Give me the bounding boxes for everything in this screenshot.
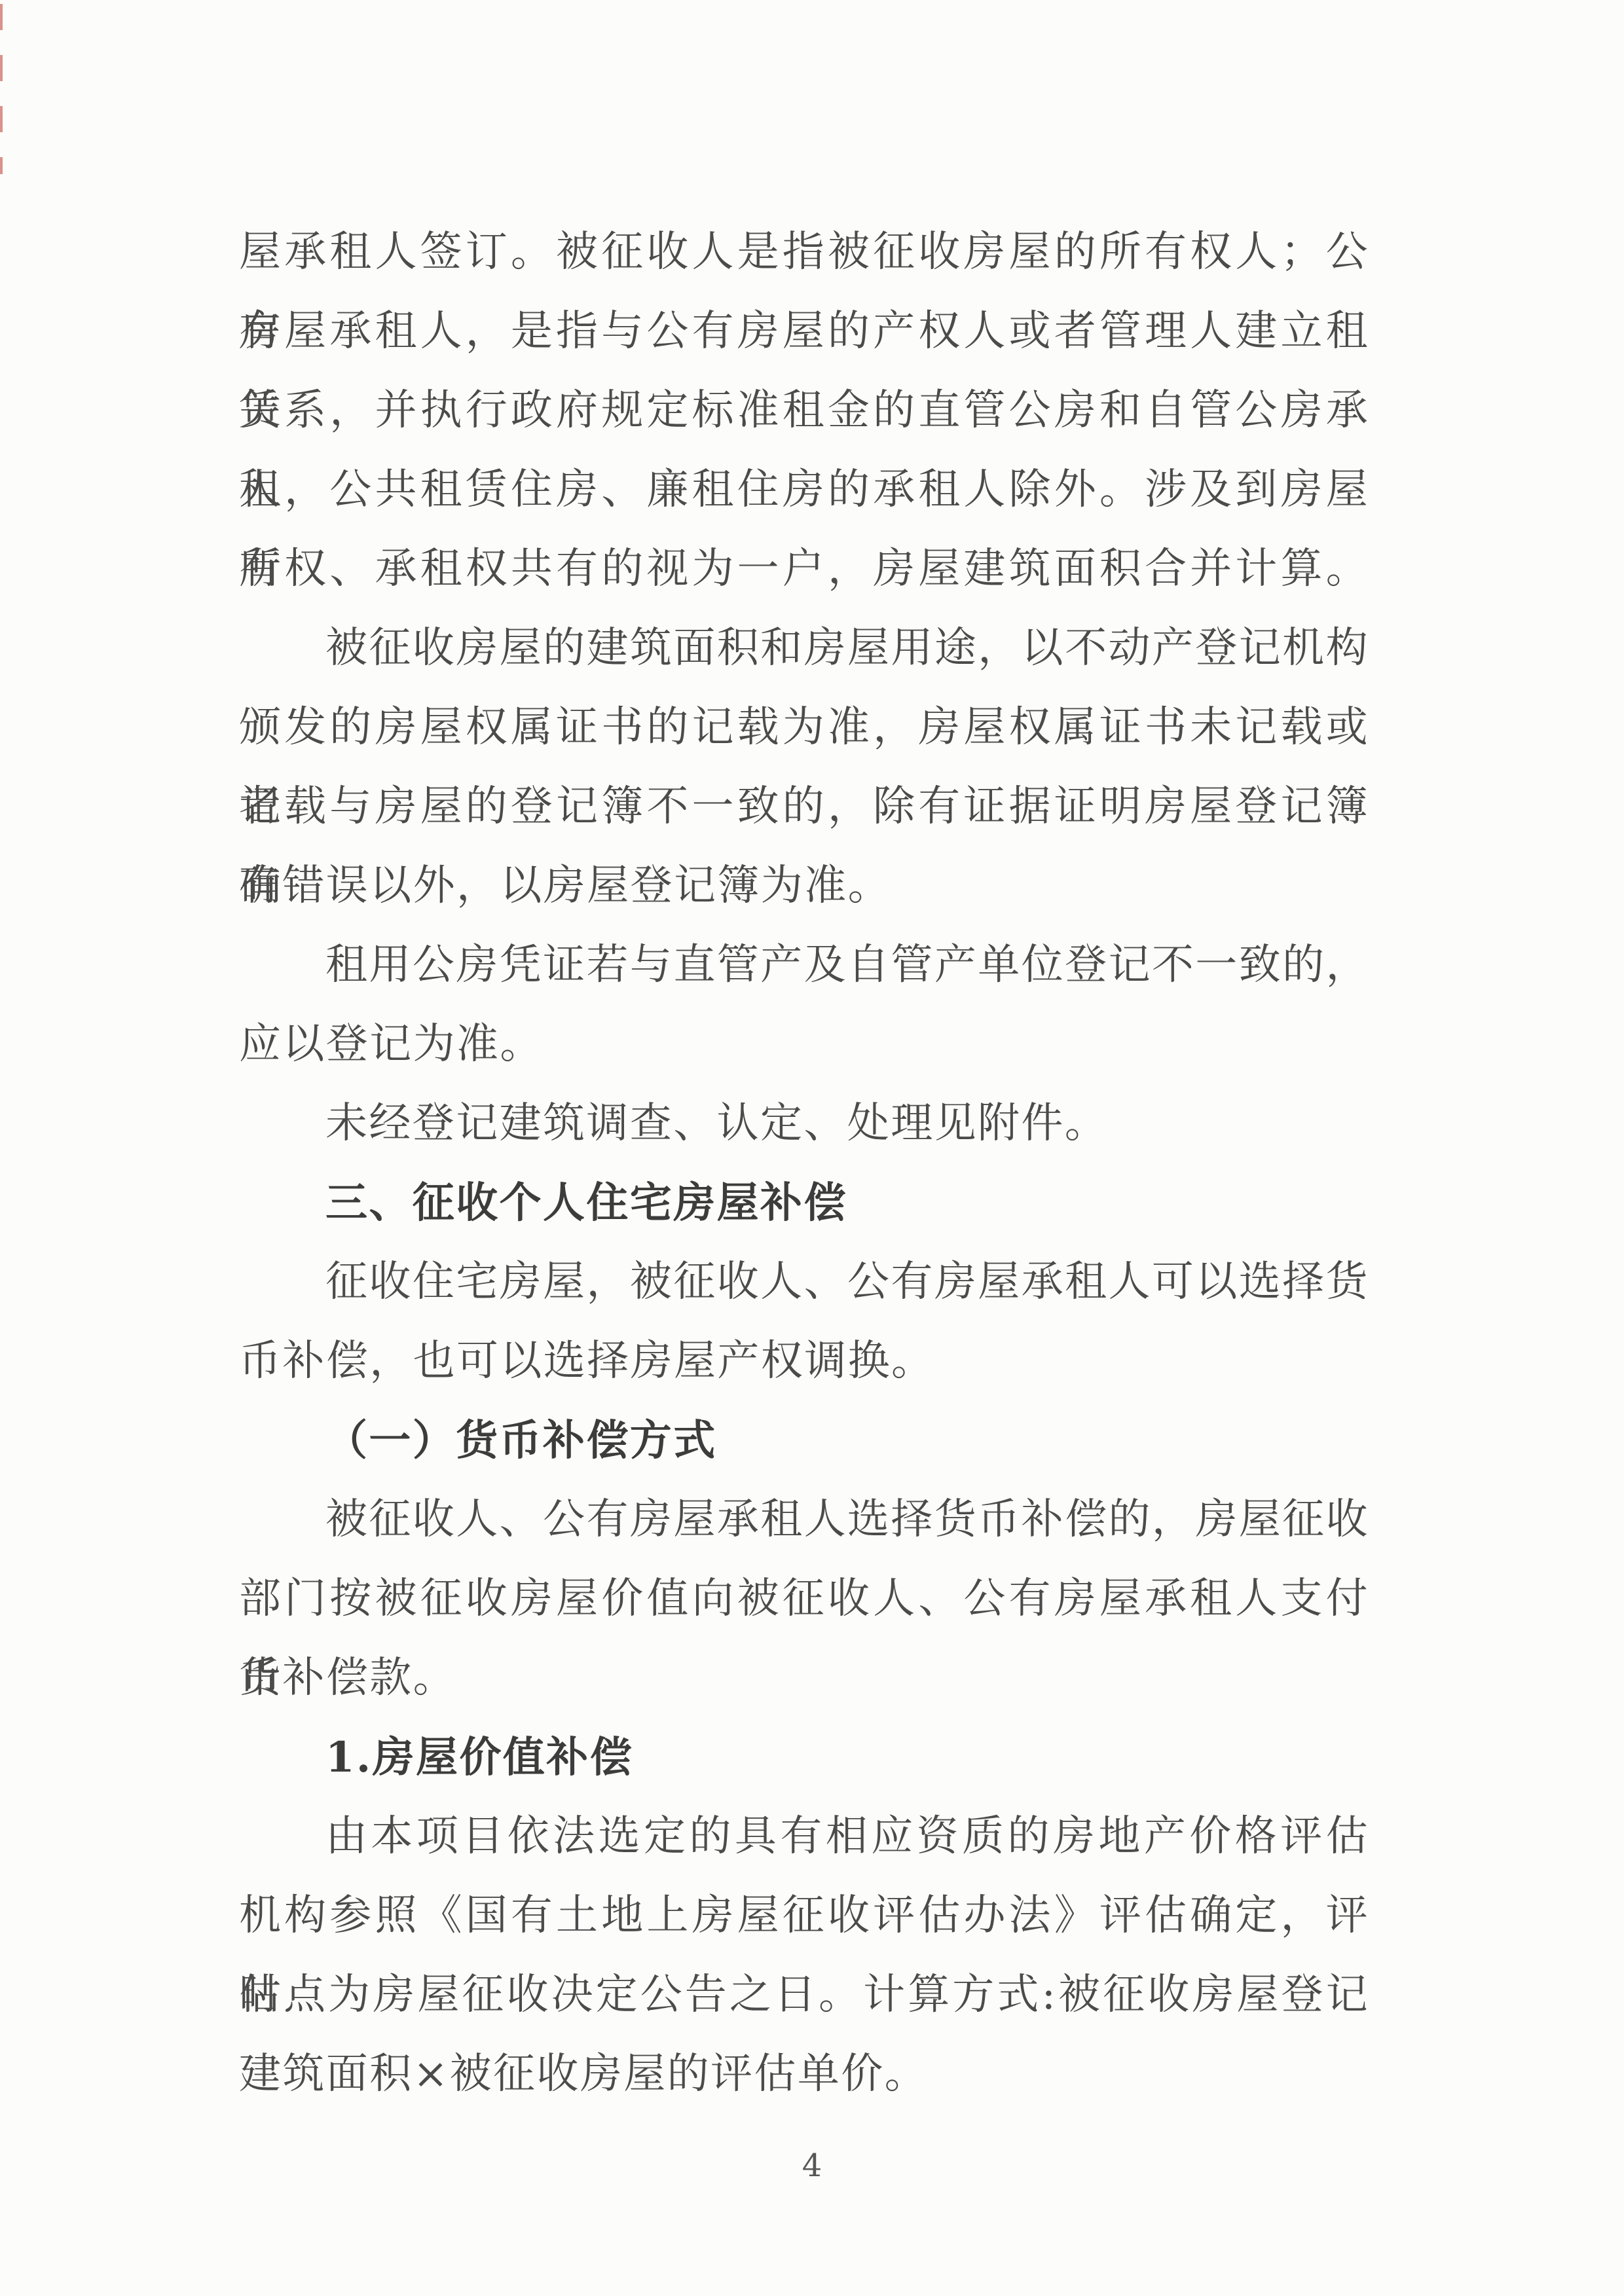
- text-line: 有错误以外，以房屋登记簿为准。: [239, 847, 1369, 926]
- text-line: 建筑面积×被征收房屋的评估单价。: [239, 2035, 1369, 2114]
- text-line-text: 有权、承租权共有的视为一户，房屋建筑面积合并计算。: [239, 545, 1369, 593]
- text-line: 机构参照《国有土地上房屋征收评估办法》评估确定，评估: [239, 1876, 1369, 1956]
- text-line: 关系，并执行政府规定标准租金的直管公房和自管公房承租: [239, 371, 1369, 450]
- text-line-text: 由本项目依法选定的具有相应资质的房地产价格评估: [325, 1812, 1369, 1861]
- document-page: 屋承租人签订。被征收人是指被征收房屋的所有权人；公有房屋承租人，是指与公有房屋的…: [0, 0, 1624, 2296]
- text-line-text: （一）货币补偿方式: [325, 1416, 717, 1465]
- text-line-text: 有错误以外，以房屋登记簿为准。: [239, 862, 891, 910]
- text-line-text: 未经登记建筑调查、认定、处理见附件。: [325, 1099, 1108, 1148]
- text-line: 人，公共租赁住房、廉租住房的承租人除外。涉及到房屋所: [239, 450, 1369, 530]
- text-line-text: 租用公房凭证若与直管产及自管产单位登记不一致的，: [325, 941, 1369, 989]
- page-number: 4: [0, 2147, 1624, 2184]
- text-line: 币补偿，也可以选择房屋产权调换。: [239, 1322, 1369, 1401]
- text-line: 有权、承租权共有的视为一户，房屋建筑面积合并计算。: [239, 530, 1369, 609]
- text-line: 记载与房屋的登记簿不一致的，除有证据证明房屋登记簿确: [239, 767, 1369, 847]
- text-line: 屋承租人签订。被征收人是指被征收房屋的所有权人；公有: [239, 213, 1369, 292]
- text-line-text: 三、征收个人住宅房屋补偿: [325, 1178, 847, 1228]
- section-heading: 1.房屋价值补偿: [239, 1718, 1369, 1797]
- section-heading: 三、征收个人住宅房屋补偿: [239, 1163, 1369, 1243]
- text-line-text: 应以登记为准。: [239, 1020, 544, 1068]
- text-line-text: 币补偿款。: [239, 1654, 456, 1702]
- text-line: 应以登记为准。: [239, 1005, 1369, 1084]
- text-line-text: 1.房屋价值补偿: [325, 1733, 633, 1782]
- text-line: 被征收房屋的建筑面积和房屋用途，以不动产登记机构: [239, 609, 1369, 688]
- text-line: 颁发的房屋权属证书的记载为准，房屋权属证书未记载或者: [239, 688, 1369, 767]
- text-block: 屋承租人签订。被征收人是指被征收房屋的所有权人；公有房屋承租人，是指与公有房屋的…: [239, 213, 1369, 2114]
- scan-edge-artifact: [0, 4, 3, 174]
- text-line: 征收住宅房屋，被征收人、公有房屋承租人可以选择货: [239, 1243, 1369, 1322]
- text-line: 部门按被征收房屋价值向被征收人、公有房屋承租人支付货: [239, 1559, 1369, 1639]
- text-line: 币补偿款。: [239, 1639, 1369, 1718]
- text-line: 被征收人、公有房屋承租人选择货币补偿的，房屋征收: [239, 1480, 1369, 1559]
- text-line: 未经登记建筑调查、认定、处理见附件。: [239, 1084, 1369, 1163]
- text-line: 租用公房凭证若与直管产及自管产单位登记不一致的，: [239, 926, 1369, 1005]
- text-line-text: 币补偿，也可以选择房屋产权调换。: [239, 1337, 934, 1385]
- text-line-text: 时点为房屋征收决定公告之日。计算方式:被征收房屋登记: [239, 1971, 1369, 2019]
- text-line: 房屋承租人，是指与公有房屋的产权人或者管理人建立租赁: [239, 292, 1369, 371]
- text-line-text: 建筑面积×被征收房屋的评估单价。: [239, 2050, 928, 2098]
- text-line-text: 被征收房屋的建筑面积和房屋用途，以不动产登记机构: [325, 624, 1369, 672]
- text-line: 时点为房屋征收决定公告之日。计算方式:被征收房屋登记: [239, 1956, 1369, 2035]
- section-heading: （一）货币补偿方式: [239, 1401, 1369, 1480]
- text-line-text: 被征收人、公有房屋承租人选择货币补偿的，房屋征收: [325, 1495, 1369, 1544]
- text-line-text: 征收住宅房屋，被征收人、公有房屋承租人可以选择货: [325, 1258, 1369, 1306]
- text-line: 由本项目依法选定的具有相应资质的房地产价格评估: [239, 1797, 1369, 1876]
